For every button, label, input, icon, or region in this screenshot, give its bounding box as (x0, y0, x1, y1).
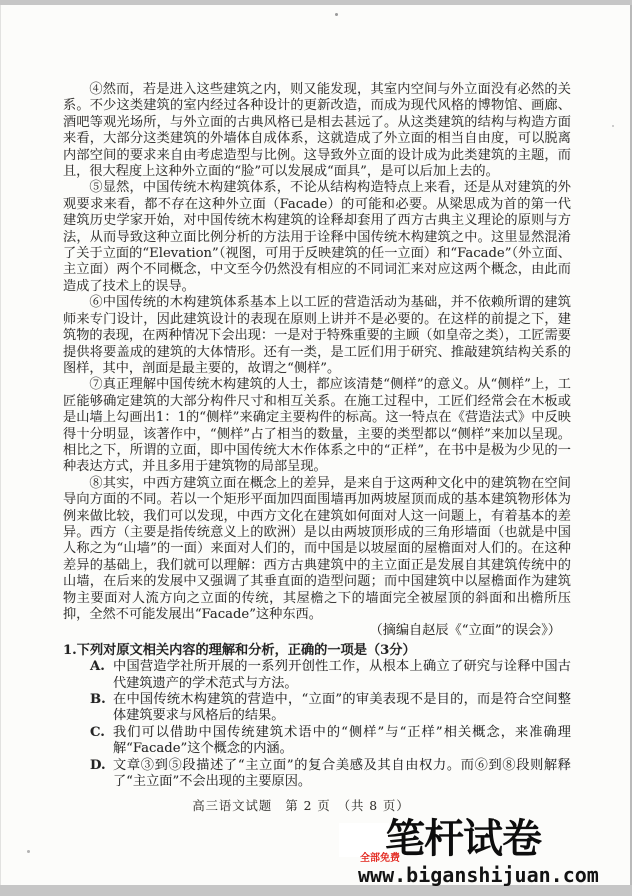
option-c-label: C. (90, 725, 113, 758)
passage-paragraph-4: ④然而，若是进入这些建筑之内，则又能发现，其室内空间与外立面没有必然的关系。不少… (63, 82, 571, 180)
passage-paragraph-8: ⑧其实，中西方建筑立面在概念上的差异，是来自于这两种文化中的建筑物在空间导向方面… (63, 476, 571, 624)
passage-paragraph-6: ⑥中国传统的木构建筑体系基本上以工匠的营造活动为基础，并不依赖所谓的建筑师来专门… (63, 295, 571, 377)
option-c-text: 我们可以借助中国传统建筑术语中的“侧样”与“正样”相关概念，来准确理解“Faca… (113, 725, 571, 758)
passage-paragraph-7: ⑦真正理解中国传统木构建筑的人士，都应该清楚“侧样”的意义。从“侧样”上，工匠能… (63, 377, 571, 475)
option-b-label: B. (90, 692, 113, 725)
option-b-text: 在中国传统木构建筑的营造中，“立面”的审美表现不是目的，而是符合空间整体建筑要求… (113, 692, 571, 725)
question-1-stem: 1.下列对原文相关内容的理解和分析，正确的一项是（3分） (63, 643, 571, 659)
question-1-options: A. 中国营造学社所开展的一系列开创性工作，从根本上确立了研究与诠释中国古代建筑… (90, 659, 571, 790)
option-a-label: A. (90, 659, 113, 692)
watermark-background-patch (339, 823, 389, 857)
scan-speck (335, 13, 338, 16)
scan-speck (612, 125, 614, 127)
scanned-exam-page: ④然而，若是进入这些建筑之内，则又能发现，其室内空间与外立面没有必然的关系。不少… (0, 5, 632, 885)
passage-paragraph-5: ⑤显然，中国传统木构建筑体系，不论从结构构造特点上来看，还是从对建筑的外观要求来… (63, 180, 571, 295)
option-d: D. 文章③到⑤段描述了“主立面”的复合美感及其自由权力。而⑥到⑧段则解释了“主… (90, 758, 571, 791)
option-a-text: 中国营造学社所开展的一系列开创性工作，从根本上确立了研究与诠释中国古代建筑遗产的… (113, 659, 571, 692)
watermark-url: www.biganshijuan.com (358, 863, 599, 887)
option-d-label: D. (90, 758, 113, 791)
passage-citation: （摘编自赵辰《“立面”的误会》） (63, 623, 571, 639)
option-d-text: 文章③到⑤段描述了“主立面”的复合美感及其自由权力。而⑥到⑧段则解释了“主立面”… (113, 758, 571, 791)
exam-page-content: ④然而，若是进入这些建筑之内，则又能发现，其室内空间与外立面没有必然的关系。不少… (63, 82, 571, 790)
option-a: A. 中国营造学社所开展的一系列开创性工作，从根本上确立了研究与诠释中国古代建筑… (90, 659, 571, 692)
watermark-brand: 笔杆试卷 (385, 817, 541, 861)
page-footer: 高三语文试题 第 2 页 （共 8 页） (1, 796, 601, 814)
option-b: B. 在中国传统木构建筑的营造中，“立面”的审美表现不是目的，而是符合空间整体建… (90, 692, 571, 725)
scan-speck (27, 850, 30, 853)
option-c: C. 我们可以借助中国传统建筑术语中的“侧样”与“正样”相关概念，来准确理解“F… (90, 725, 571, 758)
